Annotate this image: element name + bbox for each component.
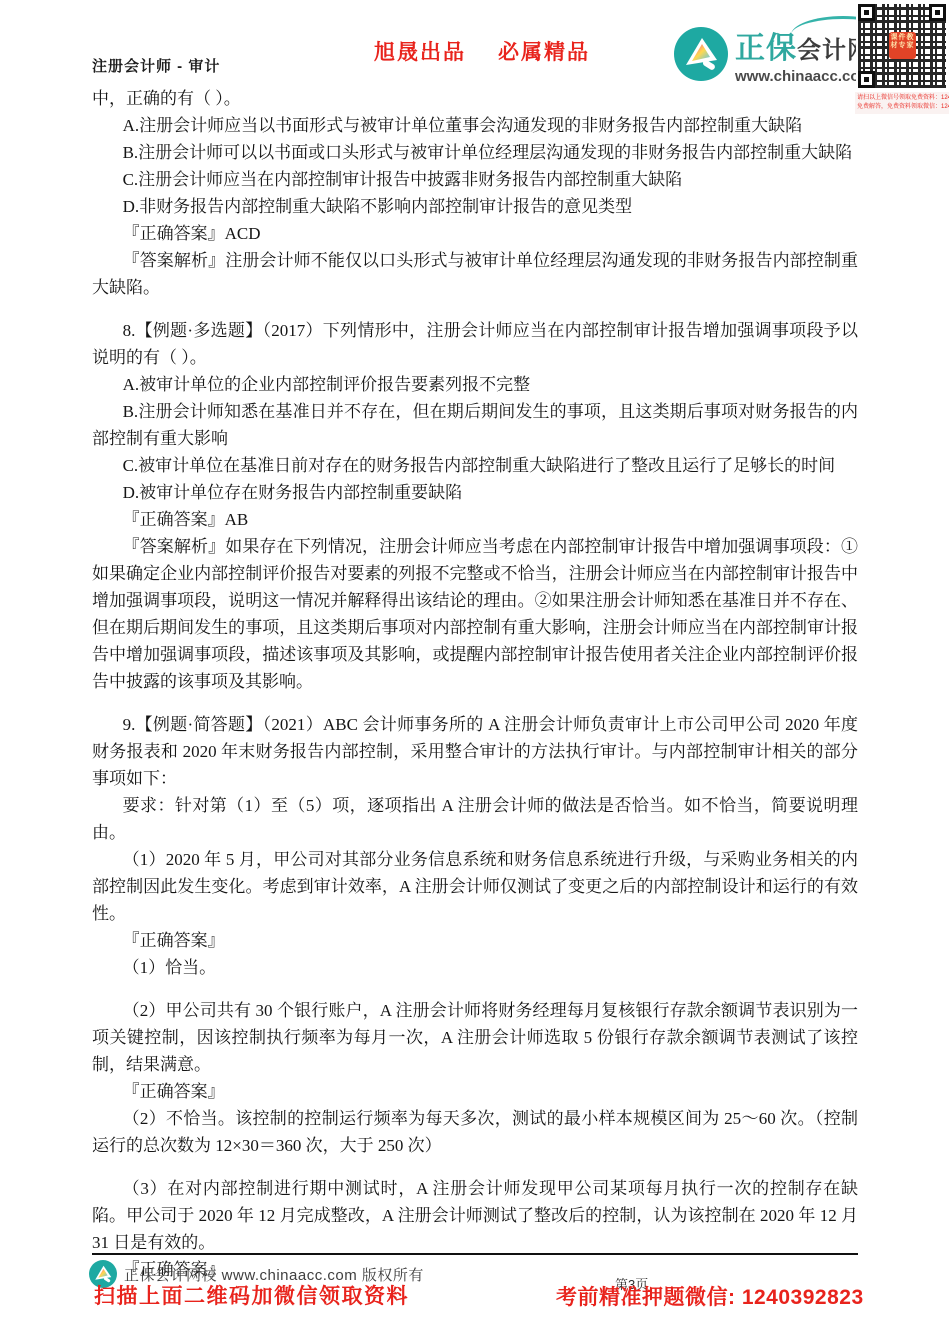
qr-finder-icon: [929, 4, 946, 21]
paragraph: （3）在对内部控制进行期中测试时，A 注册会计师发现甲公司某项每月执行一次的控制…: [92, 1175, 858, 1256]
qr-finder-icon: [858, 4, 875, 21]
paragraph: B.注册会计师知悉在基准日并不存在，但在期后期间发生的事项，且这类期后事项对财务…: [92, 398, 858, 452]
qr-caption-line2: 免费解答，免费资料领取微信：1240392823: [857, 103, 947, 112]
footer-divider: [92, 1253, 858, 1255]
paragraph: （2）不恰当。该控制的控制运行频率为每天多次，测试的最小样本规模区间为 25～6…: [92, 1105, 858, 1159]
course-label: 注册会计师 - 审计: [92, 55, 220, 76]
footer-scan-note: 扫描上面二维码加微信领取资料: [94, 1280, 409, 1310]
section-gap: [92, 695, 858, 711]
paragraph: C.被审计单位在基准日前对存在的财务报告内部控制重大缺陷进行了整改且运行了足够长…: [92, 452, 858, 479]
paragraph: 『正确答案』: [92, 927, 858, 954]
paragraph: 『正确答案』AB: [92, 506, 858, 533]
qr-caption-line1: 请扫以上微信号领取免费资料：1240392823: [857, 94, 947, 103]
qr-finder-icon: [858, 71, 875, 88]
qr-code: 课件教材专家: [856, 2, 948, 90]
paragraph: D.非财务报告内部控制重大缺陷不影响内部控制审计报告的意见类型: [92, 193, 858, 220]
qr-center-badge: 课件教材专家: [889, 32, 916, 59]
document-page: 注册会计师 - 审计 旭晟出品 必属精品 正保: [0, 0, 950, 1344]
section-gap: [92, 981, 858, 997]
paragraph: 『正确答案』ACD: [92, 220, 858, 247]
paragraph: （1）2020 年 5 月，甲公司对其部分业务信息系统和财务信息系统进行升级，与…: [92, 846, 858, 927]
slogan-right: 必属精品: [498, 36, 590, 66]
brand-logo-icon: [674, 27, 728, 81]
content-area: 中，正确的有（ ）。A.注册会计师应当以书面形式与被审计单位董事会沟通发现的非财…: [92, 85, 858, 1283]
section-gap: [92, 301, 858, 317]
paragraph: B.注册会计师可以以书面或口头形式与被审计单位经理层沟通发现的非财务报告内部控制…: [92, 139, 858, 166]
paragraph: 中，正确的有（ ）。: [92, 85, 858, 112]
paragraph: A.注册会计师应当以书面形式与被审计单位董事会沟通发现的非财务报告内部控制重大缺…: [92, 112, 858, 139]
paragraph: 8.【例题·多选题】（2017）下列情形中，注册会计师应当在内部控制审计报告增加…: [92, 317, 858, 371]
slogan-left: 旭晟出品: [374, 36, 466, 66]
brand-name-primary: 正保: [735, 23, 797, 67]
paragraph: 9.【例题·简答题】（2021）ABC 会计师事务所的 A 注册会计师负责审计上…: [92, 711, 858, 792]
paragraph: 『答案解析』注册会计师不能仅以口头形式与被审计单位经理层沟通发现的非财务报告内部…: [92, 247, 858, 301]
paragraph: 『正确答案』: [92, 1078, 858, 1105]
section-gap: [92, 1159, 858, 1175]
footer-wechat-note: 考前精准押题微信: 1240392823: [556, 1281, 864, 1311]
paragraph: 要求：针对第（1）至（5）项，逐项指出 A 注册会计师的做法是否恰当。如不恰当，…: [92, 792, 858, 846]
paragraph: C.注册会计师应当在内部控制审计报告中披露非财务报告内部控制重大缺陷: [92, 166, 858, 193]
paragraph: D.被审计单位存在财务报告内部控制重要缺陷: [92, 479, 858, 506]
paragraph: （2）甲公司共有 30 个银行账户，A 注册会计师将财务经理每月复核银行存款余额…: [92, 997, 858, 1078]
paragraph: A.被审计单位的企业内部控制评价报告要素列报不完整: [92, 371, 858, 398]
paragraph: 『答案解析』如果存在下列情况，注册会计师应当考虑在内部控制审计报告中增加强调事项…: [92, 533, 858, 695]
qr-caption: 请扫以上微信号领取免费资料：1240392823 免费解答，免费资料领取微信：1…: [855, 92, 949, 114]
paragraph: （1）恰当。: [92, 954, 858, 981]
